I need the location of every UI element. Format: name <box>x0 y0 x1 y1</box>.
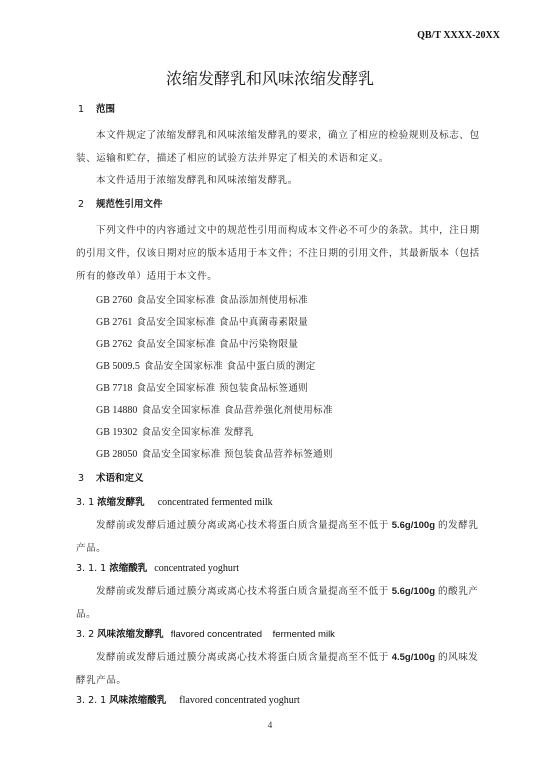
reference-title: 食品安全国家标准 发酵乳 <box>141 427 253 438</box>
section-title: 术语和定义 <box>96 473 144 484</box>
term-3-1-heading: 3. 1 浓缩发酵乳 concentrated fermented milk <box>76 494 273 508</box>
reference-item: GB 14880食品安全国家标准 食品营养强化剂使用标准 <box>96 402 333 416</box>
reference-title: 食品安全国家标准 预包装食品营养标签通则 <box>141 449 333 460</box>
reference-code: GB 7718 <box>96 383 132 394</box>
reference-title: 食品安全国家标准 食品中污染物限量 <box>136 339 298 350</box>
term-english: concentrated yoghurt <box>154 563 239 574</box>
term-chinese: 风味浓缩酸乳 <box>109 695 166 706</box>
paragraph-line: 装、运输和贮存，描述了相应的试验方法并界定了相关的术语和定义。 <box>76 150 389 164</box>
definition-text: 发酵前或发酵后通过膜分离或离心技术将蛋白质含量提高至不低于 <box>96 652 389 663</box>
reference-item: GB 7718食品安全国家标准 预包装食品标签通则 <box>96 380 308 394</box>
protein-threshold: 5.6g/100g <box>392 520 435 531</box>
reference-code: GB 14880 <box>96 405 137 416</box>
section-title: 范围 <box>96 104 115 115</box>
term-3-1-1-heading: 3. 1. 1 浓缩酸乳 concentrated yoghurt <box>76 560 239 574</box>
term-3-2-1-heading: 3. 2. 1 风味浓缩酸乳 flavored concentrated yog… <box>76 692 300 706</box>
section-number: 3 <box>78 473 96 484</box>
reference-code: GB 28050 <box>96 449 137 460</box>
paragraph-line: 的引用文件，仅该日期对应的版本适用于本文件；不注日期的引用文件，其最新版本（包括 <box>76 245 480 259</box>
paragraph-line: 酵乳产品。 <box>76 672 126 686</box>
reference-code: GB 2760 <box>96 295 132 306</box>
term-definition: 发酵前或发酵后通过膜分离或离心技术将蛋白质含量提高至不低于4.5g/100g的风… <box>96 649 478 663</box>
term-english: flavored concentrated yoghurt <box>179 695 300 706</box>
reference-code: GB 2762 <box>96 339 132 350</box>
reference-title: 食品安全国家标准 食品添加剂使用标准 <box>136 295 308 306</box>
reference-code: GB 5009.5 <box>96 361 140 372</box>
protein-threshold: 4.5g/100g <box>392 652 435 663</box>
paragraph-line: 下列文件中的内容通过文中的规范性引用而构成本文件必不可少的条款。其中，注日期 <box>96 222 480 236</box>
reference-title: 食品安全国家标准 食品中真菌毒素限量 <box>136 317 308 328</box>
paragraph-line: 本文件适用于浓缩发酵乳和风味浓缩发酵乳。 <box>96 172 298 186</box>
reference-item: GB 2761食品安全国家标准 食品中真菌毒素限量 <box>96 314 308 328</box>
paragraph-line: 品。 <box>76 606 96 620</box>
term-chinese: 浓缩发酵乳 <box>97 497 145 508</box>
paragraph-line: 所有的修改单）适用于本文件。 <box>76 268 217 282</box>
term-chinese: 浓缩酸乳 <box>109 563 147 574</box>
paragraph-line: 产品。 <box>76 540 106 554</box>
term-chinese: 风味浓缩发酵乳 <box>97 629 164 640</box>
section-2-heading: 2规范性引用文件 <box>78 196 163 210</box>
term-english: concentrated fermented milk <box>158 497 273 508</box>
reference-title: 食品安全国家标准 食品营养强化剂使用标准 <box>141 405 333 416</box>
term-definition: 发酵前或发酵后通过膜分离或离心技术将蛋白质含量提高至不低于5.6g/100g的发… <box>96 517 478 531</box>
term-number: 3. 2 <box>76 629 94 640</box>
definition-text: 发酵前或发酵后通过膜分离或离心技术将蛋白质含量提高至不低于 <box>96 520 389 531</box>
page-number: 4 <box>0 720 540 730</box>
reference-item: GB 5009.5食品安全国家标准 食品中蛋白质的测定 <box>96 358 316 372</box>
term-english: flavored concentrated fermented milk <box>171 629 335 640</box>
section-number: 1 <box>78 104 96 115</box>
definition-text: 的发酵乳 <box>438 520 478 531</box>
reference-item: GB 2760食品安全国家标准 食品添加剂使用标准 <box>96 292 308 306</box>
reference-item: GB 28050食品安全国家标准 预包装食品营养标签通则 <box>96 446 333 460</box>
term-number: 3. 2. 1 <box>76 695 106 706</box>
term-number: 3. 1. 1 <box>76 563 106 574</box>
term-number: 3. 1 <box>76 497 94 508</box>
reference-code: GB 2761 <box>96 317 132 328</box>
section-1-heading: 1范围 <box>78 101 115 115</box>
section-3-heading: 3术语和定义 <box>78 470 144 484</box>
reference-item: GB 2762食品安全国家标准 食品中污染物限量 <box>96 336 298 350</box>
definition-text: 的风味发 <box>438 652 478 663</box>
definition-text: 发酵前或发酵后通过膜分离或离心技术将蛋白质含量提高至不低于 <box>96 586 389 597</box>
reference-title: 食品安全国家标准 食品中蛋白质的测定 <box>144 361 316 372</box>
document-title: 浓缩发酵乳和风味浓缩发酵乳 <box>0 66 540 89</box>
reference-item: GB 19302食品安全国家标准 发酵乳 <box>96 424 254 438</box>
definition-text: 的酸乳产 <box>438 586 478 597</box>
term-definition: 发酵前或发酵后通过膜分离或离心技术将蛋白质含量提高至不低于5.6g/100g的酸… <box>96 583 478 597</box>
section-number: 2 <box>78 199 96 210</box>
standard-code: QB/T XXXX-20XX <box>417 30 500 41</box>
paragraph-line: 本文件规定了浓缩发酵乳和风味浓缩发酵乳的要求，确立了相应的检验规则及标志、包 <box>96 127 480 141</box>
protein-threshold: 5.6g/100g <box>392 586 435 597</box>
reference-code: GB 19302 <box>96 427 137 438</box>
section-title: 规范性引用文件 <box>96 199 163 210</box>
term-3-2-heading: 3. 2 风味浓缩发酵乳 flavored concentrated ferme… <box>76 626 335 640</box>
reference-title: 食品安全国家标准 预包装食品标签通则 <box>136 383 308 394</box>
